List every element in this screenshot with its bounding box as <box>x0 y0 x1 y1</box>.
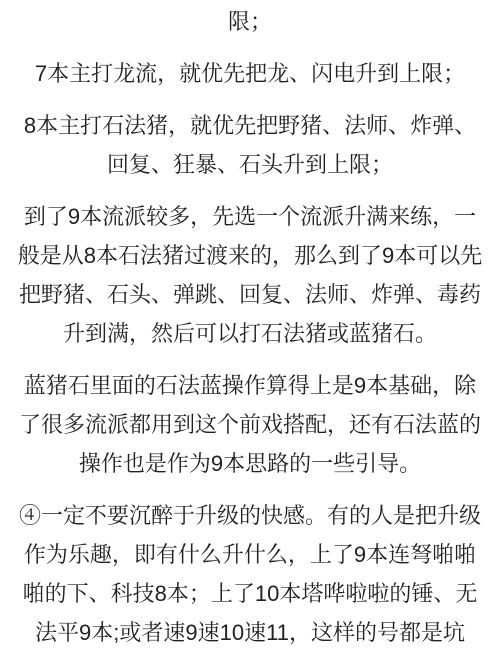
paragraph-continuation: 限； <box>16 2 484 41</box>
paragraph-th8-golem-wiz-hog: 8本主打石法猪，就优先把野猪、法师、炸弹、回复、狂暴、石头升到上限； <box>16 106 484 184</box>
paragraph-th9-strategies: 到了9本流派较多，先选一个流派升满来练，一般是从8本石法猪过渡来的，那么到了9本… <box>16 197 484 353</box>
paragraph-th7-dragon: 7本主打龙流，就优先把龙、闪电升到上限； <box>16 54 484 93</box>
paragraph-golem-wiz-blue-basics: 蓝猪石里面的石法蓝操作算得上是9本基础，除了很多流派都用到这个前戏搭配，还有石法… <box>16 366 484 483</box>
paragraph-tip4-upgrade-warning: ④一定不要沉醉于升级的快感。有的人是把升级作为乐趣，即有什么升什么，上了9本连弩… <box>16 496 484 652</box>
article-body: 限； 7本主打龙流，就优先把龙、闪电升到上限； 8本主打石法猪，就优先把野猪、法… <box>0 0 500 652</box>
